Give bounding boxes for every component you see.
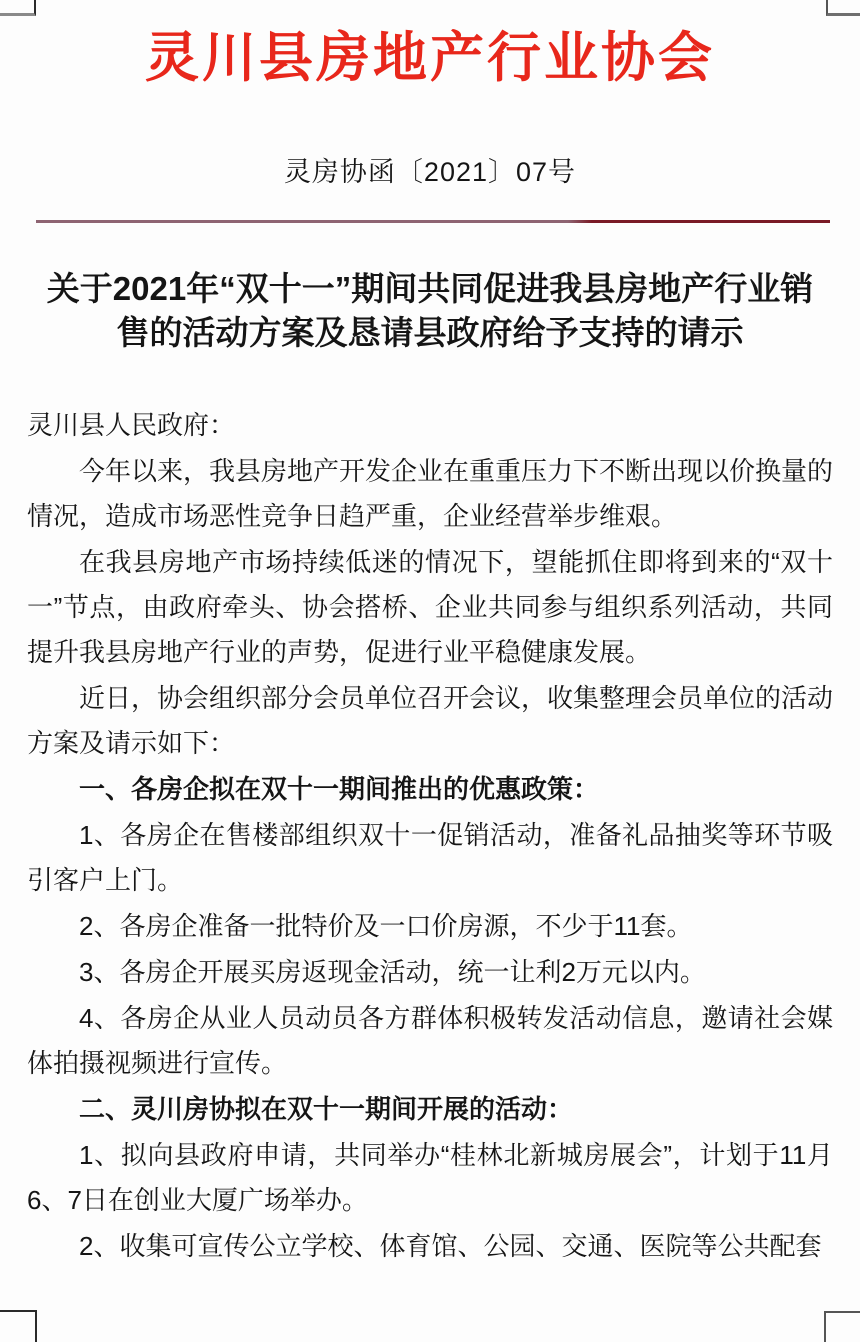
corner-mark-bottom-left [0,1310,37,1342]
section-heading: 二、灵川房协拟在双十一期间开展的活动： [27,1087,833,1132]
paragraph: 今年以来，我县房地产开发企业在重重压力下不断出现以价换量的情况，造成市场恶性竞争… [27,449,833,539]
paragraph: 近日，协会组织部分会员单位召开会议，收集整理会员单位的活动方案及请示如下： [27,676,833,766]
document-header: 灵川县房地产行业协会 灵房协函〔2021〕07号 [0,26,860,187]
paragraph: 2、收集可宣传公立学校、体育馆、公园、交通、医院等公共配套 [27,1224,833,1269]
document-main: 关于2021年“双十一”期间共同促进我县房地产行业销售的活动方案及恳请县政府给予… [0,267,860,1269]
corner-mark-top-right [826,0,860,16]
doc-number: 灵房协函〔2021〕07号 [0,157,860,187]
paragraph: 4、各房企从业人员动员各方群体积极转发活动信息，邀请社会媒体拍摄视频进行宣传。 [27,996,833,1086]
document-page: 灵川县房地产行业协会 灵房协函〔2021〕07号 关于2021年“双十一”期间共… [0,0,860,1342]
paragraph: 2、各房企准备一批特价及一口价房源，不少于11套。 [27,904,833,949]
paragraph: 3、各房企开展买房返现金活动，统一让利2万元以内。 [27,950,833,995]
paragraph: 在我县房地产市场持续低迷的情况下，望能抓住即将到来的“双十一”节点，由政府牵头、… [27,540,833,675]
red-header-rule [36,220,830,223]
org-name-heading: 灵川县房地产行业协会 [0,26,860,91]
salutation: 灵川县人民政府： [27,403,833,448]
corner-mark-top-left [0,0,36,16]
paragraph: 1、拟向县政府申请，共同举办“桂林北新城房展会”，计划于11月6、7日在创业大厦… [27,1133,833,1223]
section-heading: 一、各房企拟在双十一期间推出的优惠政策： [27,767,833,812]
paragraph: 1、各房企在售楼部组织双十一促销活动，准备礼品抽奖等环节吸引客户上门。 [27,813,833,903]
document-title: 关于2021年“双十一”期间共同促进我县房地产行业销售的活动方案及恳请县政府给予… [40,267,820,355]
corner-mark-bottom-right [824,1311,860,1342]
document-body: 灵川县人民政府： 今年以来，我县房地产开发企业在重重压力下不断出现以价换量的情况… [0,403,860,1269]
document-paragraphs: 今年以来，我县房地产开发企业在重重压力下不断出现以价换量的情况，造成市场恶性竞争… [27,449,833,1269]
